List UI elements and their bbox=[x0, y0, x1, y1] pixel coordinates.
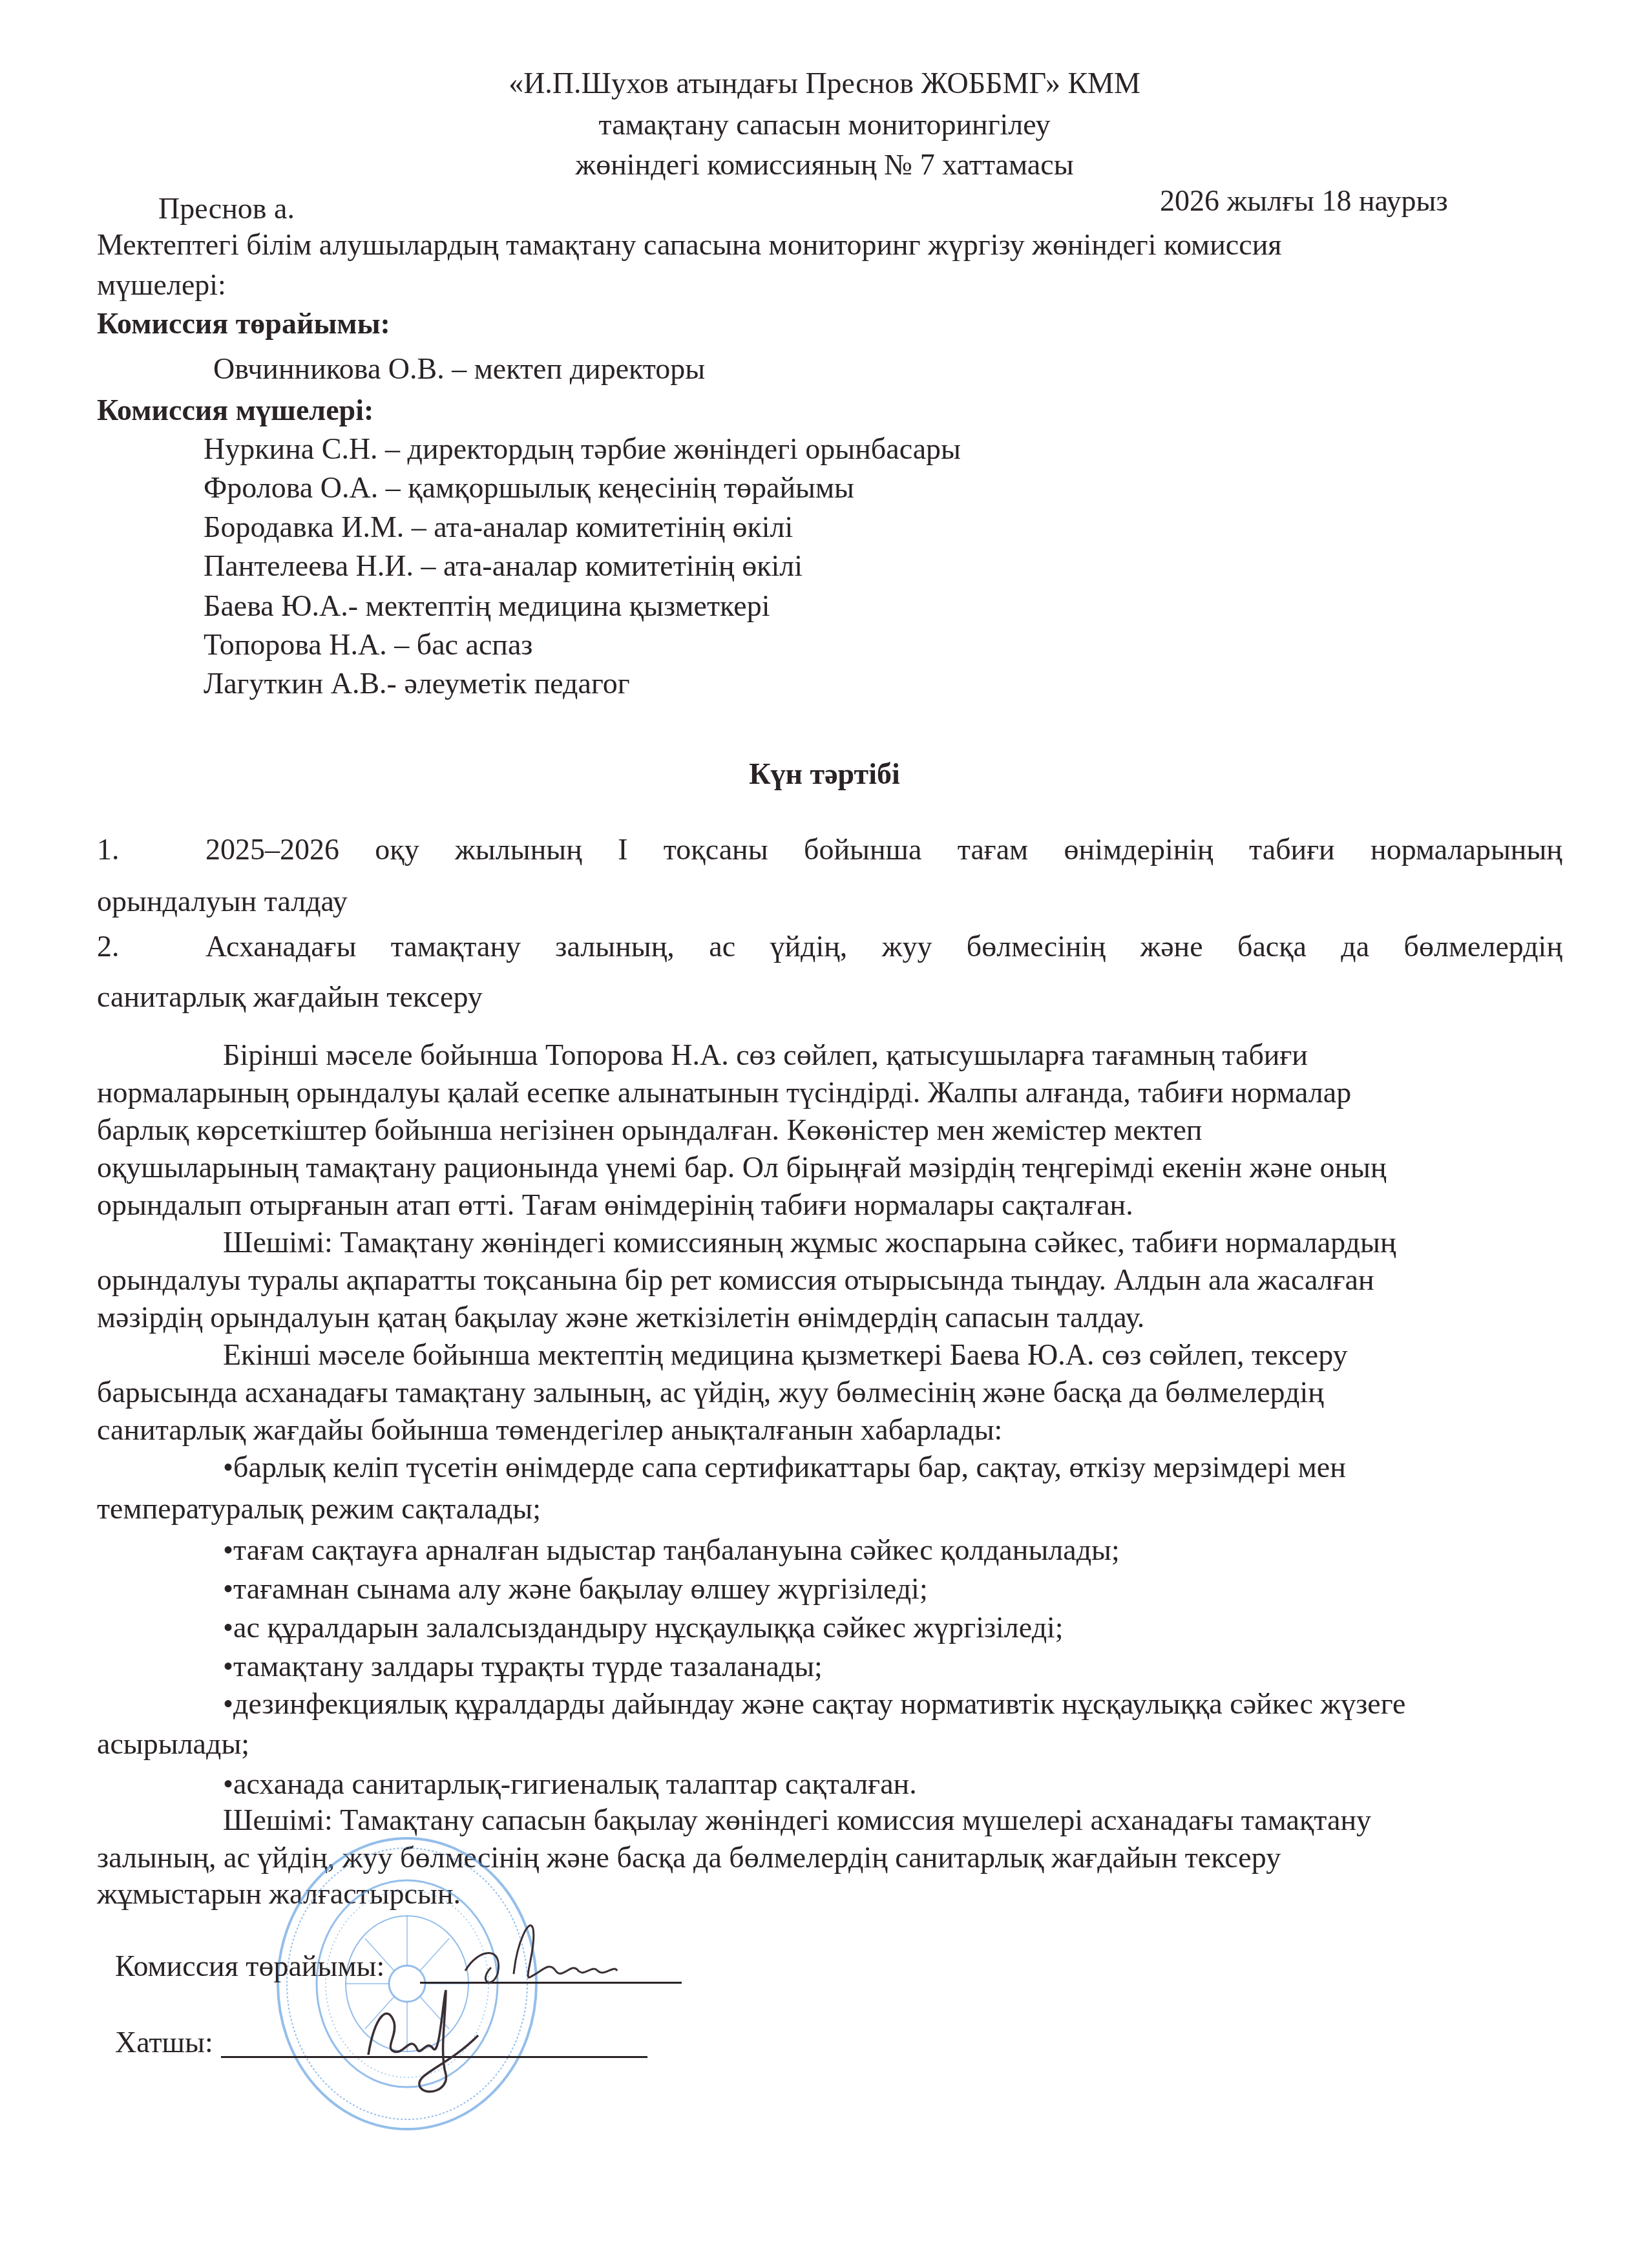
body-line: орындалуы туралы ақпаратты тоқсанына бір… bbox=[97, 1265, 1374, 1295]
intro-line-1: Мектептегі білім алушылардың тамақтану с… bbox=[97, 230, 1281, 260]
secretary-signature-icon bbox=[349, 1977, 498, 2106]
header-line-3: жөніндегі комиссияның № 7 хаттамасы bbox=[0, 150, 1649, 180]
bullet-line: •тағамнан сынама алу және бақылау өлшеу … bbox=[223, 1574, 928, 1604]
member-item: Баева Ю.А.- мектептің медицина қызметкер… bbox=[204, 591, 770, 621]
chair-signature-line bbox=[420, 1982, 682, 1984]
document-page: «И.П.Шухов атындағы Преснов ЖОББМГ» КММ … bbox=[0, 0, 1649, 2268]
member-item: Топорова Н.А. – бас аспаз bbox=[204, 630, 533, 660]
agenda-text-line-2: санитарлық жағдайын тексеру bbox=[97, 982, 483, 1012]
chair-signature-label: Комиссия төрайымы: bbox=[115, 1951, 384, 1981]
body-line: Шешімі: Тамақтану жөніндегі комиссияның … bbox=[223, 1228, 1396, 1257]
body-line: орындалып отырғанын атап өтті. Тағам өні… bbox=[97, 1190, 1133, 1220]
body-line: асырылады; bbox=[97, 1729, 249, 1759]
body-line: оқушыларының тамақтану рационында үнемі … bbox=[97, 1153, 1387, 1182]
agenda-heading: Күн тәртібі bbox=[0, 759, 1649, 789]
place: Преснов а. bbox=[158, 194, 295, 224]
member-item: Лагуткин А.В.- әлеуметік педагог bbox=[204, 669, 630, 698]
body-line: Бірінші мәселе бойынша Топорова Н.А. сөз… bbox=[223, 1040, 1308, 1070]
body-line: Шешімі: Тамақтану сапасын бақылау жөнінд… bbox=[223, 1805, 1371, 1835]
chair-heading: Комиссия төрайымы: bbox=[97, 309, 390, 339]
secretary-signature-label: Хатшы: bbox=[115, 2028, 213, 2057]
body-line: мәзірдің орындалуын қатаң бақылау және ж… bbox=[97, 1303, 1144, 1332]
agenda-text-line-1: Асханадағы тамақтану залының, ас үйдің, … bbox=[205, 932, 1562, 961]
agenda-text-line-2: орындалуын талдау bbox=[97, 887, 348, 916]
members-heading: Комиссия мүшелері: bbox=[97, 395, 373, 425]
agenda-text-line-1: 2025–2026 оқу жылының I тоқсаны бойынша … bbox=[205, 835, 1562, 865]
body-line: жұмыстарын жалғастырсын. bbox=[97, 1879, 461, 1909]
member-item: Нуркина С.Н. – директордың тәрбие жөнінд… bbox=[204, 434, 961, 464]
date: 2026 жылғы 18 наурыз bbox=[1160, 186, 1448, 216]
chair-name: Овчинникова О.В. – мектеп директоры bbox=[213, 354, 705, 384]
body-line: нормаларының орындалуы қалай есепке алын… bbox=[97, 1078, 1351, 1108]
bullet-line: •асханада санитарлық-гигиеналық талаптар… bbox=[223, 1769, 917, 1799]
bullet-line: •тағам сақтауға арналған ыдыстар таңбала… bbox=[223, 1535, 1120, 1565]
body-line: барлық көрсеткіштер бойынша негізінен ор… bbox=[97, 1115, 1202, 1145]
header-line-2: тамақтану сапасын мониторингілеу bbox=[0, 110, 1649, 140]
body-line: Екінші мәселе бойынша мектептің медицина… bbox=[223, 1340, 1348, 1370]
bullet-line: •барлық келіп түсетін өнімдерде сапа сер… bbox=[223, 1453, 1346, 1482]
member-item: Фролова О.А. – қамқоршылық кеңесінің төр… bbox=[204, 473, 854, 503]
secretary-signature-line bbox=[221, 2056, 647, 2058]
header-line-1: «И.П.Шухов атындағы Преснов ЖОББМГ» КММ bbox=[0, 68, 1649, 98]
agenda-number: 1. bbox=[97, 835, 120, 865]
intro-line-2: мүшелері: bbox=[97, 270, 226, 300]
member-item: Пантелеева Н.И. – ата-аналар комитетінің… bbox=[204, 551, 803, 581]
body-line: санитарлық жағдайы бойынша төмендегілер … bbox=[97, 1415, 1002, 1445]
bullet-line: •дезинфекциялық құралдарды дайындау және… bbox=[223, 1689, 1405, 1719]
bullet-line: •тамақтану залдары тұрақты түрде тазалан… bbox=[223, 1652, 823, 1681]
body-line: барысында асханадағы тамақтану залының, … bbox=[97, 1378, 1324, 1407]
body-line: температуралық режим сақталады; bbox=[97, 1494, 541, 1524]
agenda-number: 2. bbox=[97, 932, 120, 961]
member-item: Бородавка И.М. – ата-аналар комитетінің … bbox=[204, 512, 793, 542]
body-line: залының, ас үйдің, жуу бөлмесінің және б… bbox=[97, 1843, 1281, 1873]
chair-signature-icon bbox=[452, 1909, 633, 2000]
bullet-line: •ас құралдарын залалсыздандыру нұсқаулық… bbox=[223, 1613, 1064, 1643]
